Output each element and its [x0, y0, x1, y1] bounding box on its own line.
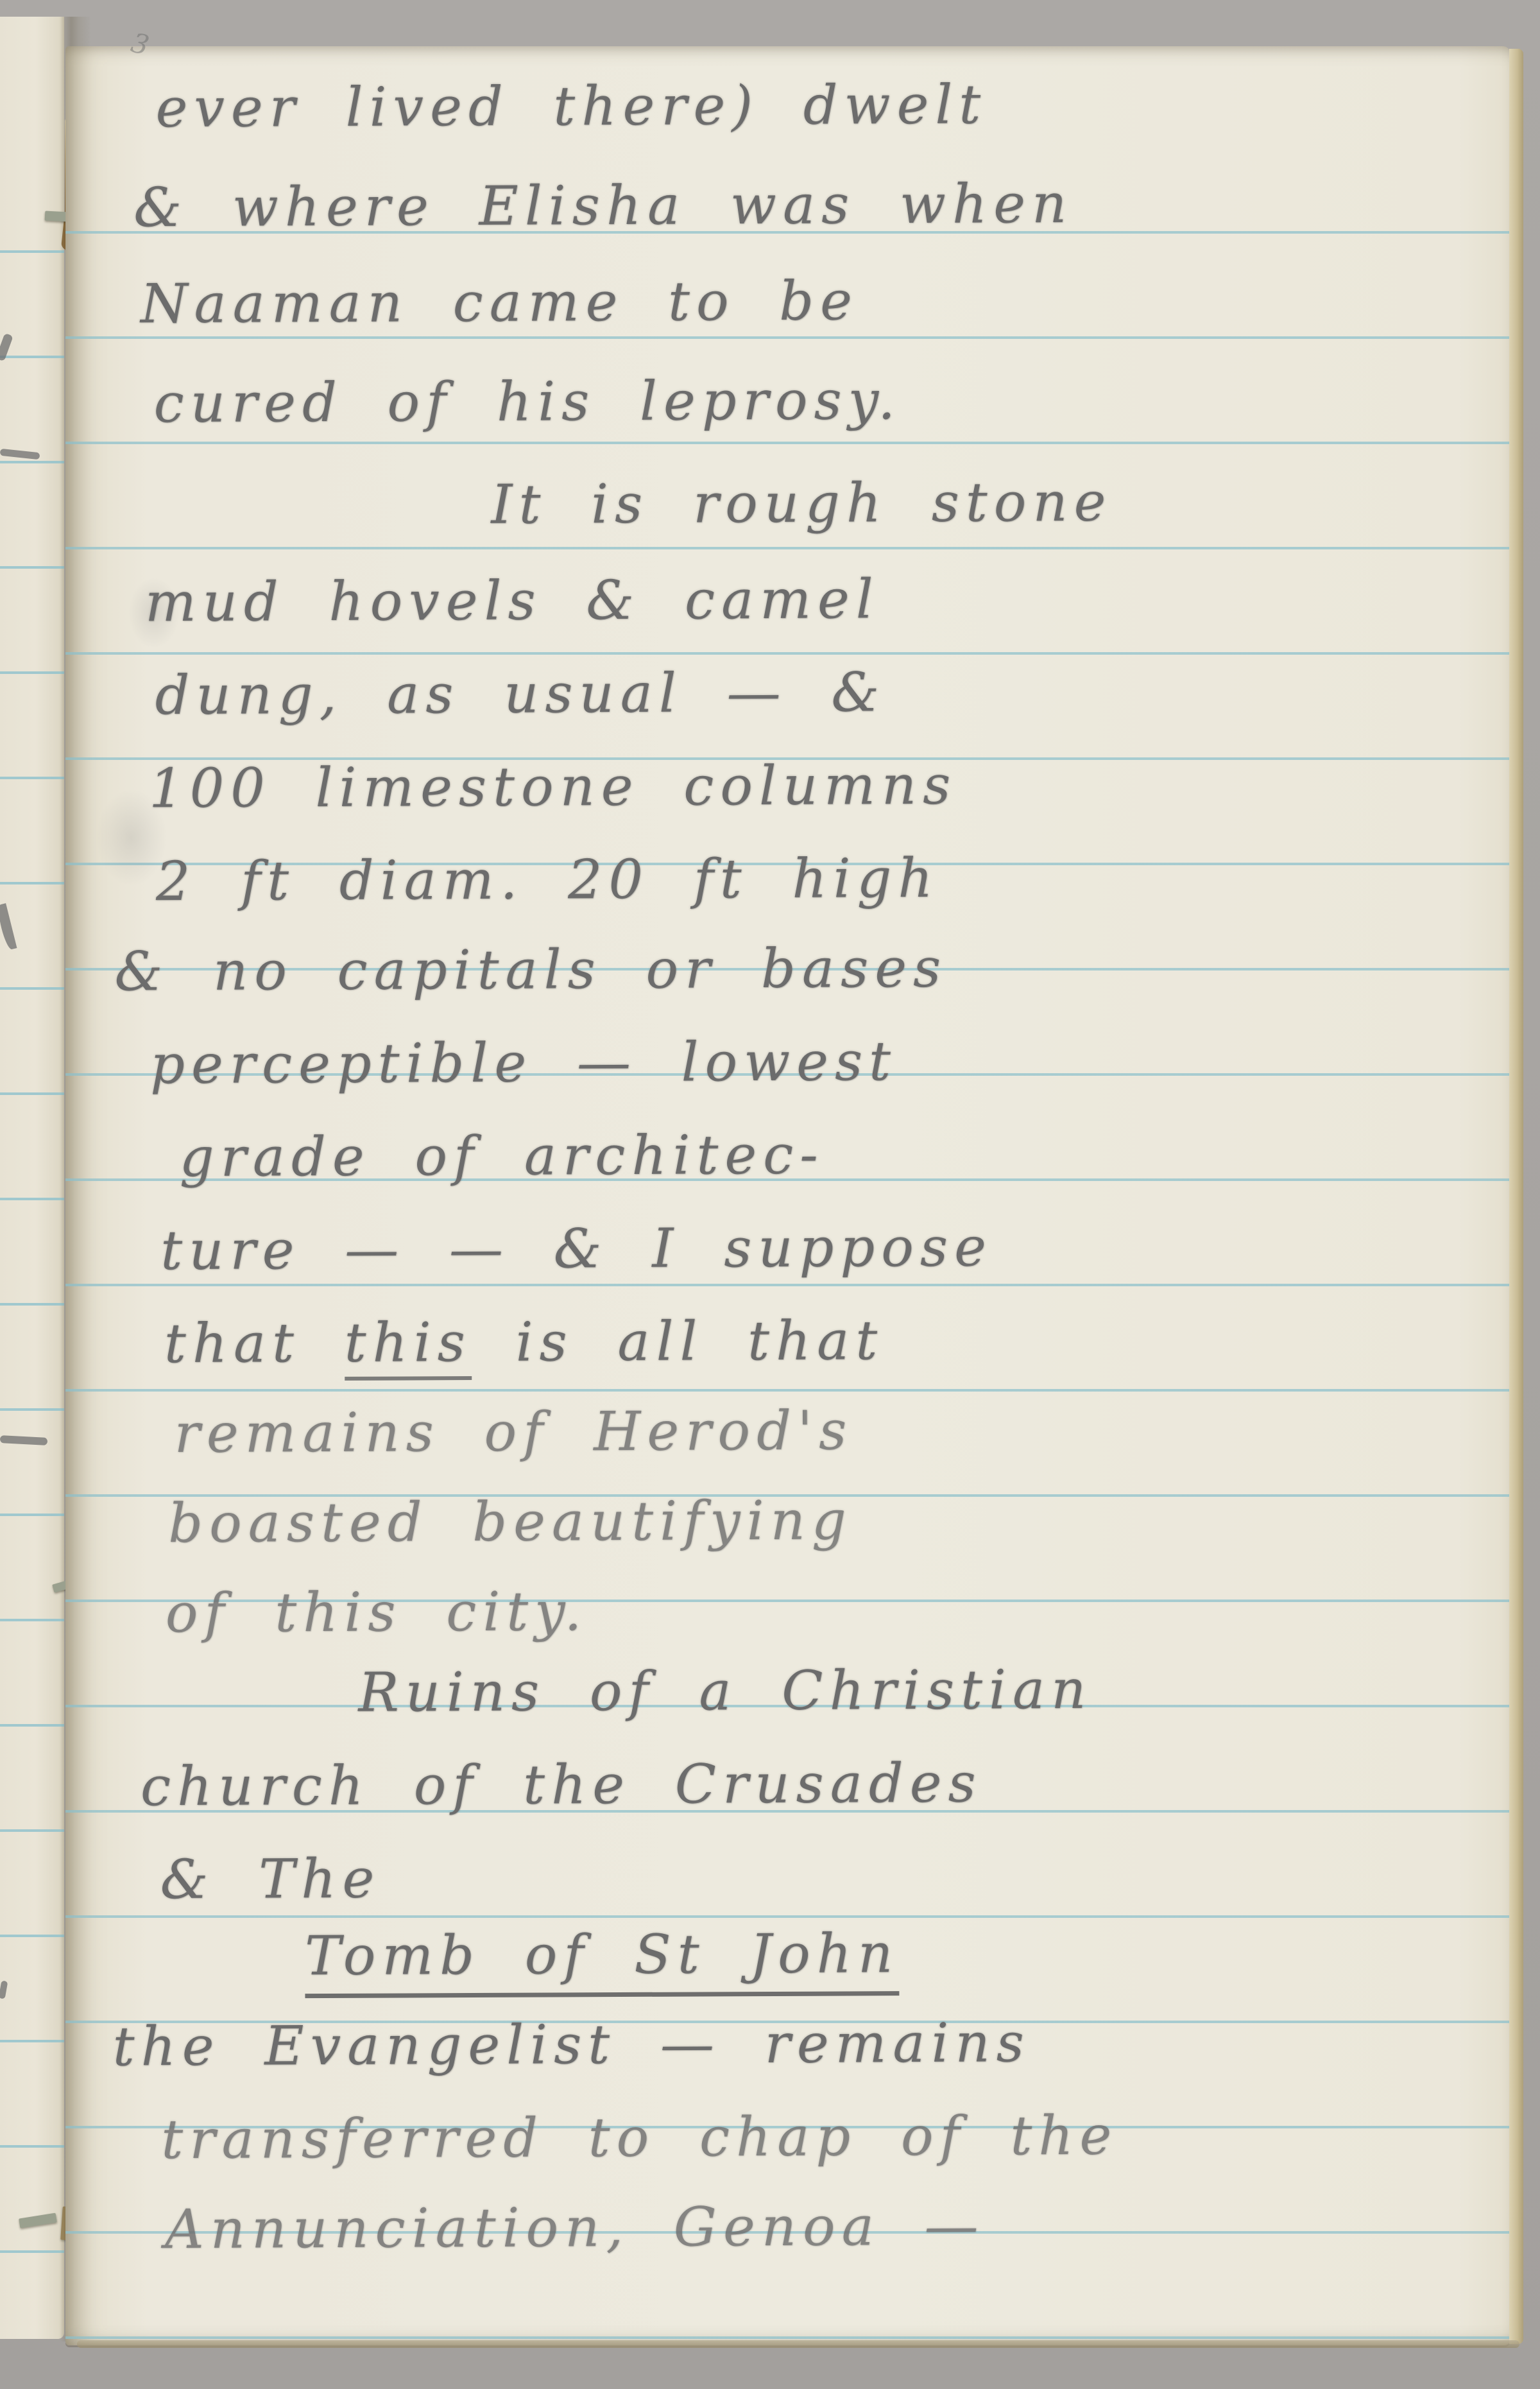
handwriting-line: boasted beautifying	[168, 1492, 853, 1551]
underlined-word: this	[345, 1311, 472, 1381]
handwriting-line: remains of Herod's	[174, 1402, 853, 1462]
handwriting-line: dung, as usual — &	[155, 664, 886, 723]
handwriting-line: of this city.	[166, 1583, 588, 1641]
handwriting-line: & The	[160, 1850, 381, 1908]
handwriting-line: perceptible — lowest	[150, 1033, 897, 1092]
handwriting-word: that	[164, 1311, 345, 1375]
handwriting-word: is all that	[472, 1309, 884, 1374]
handwriting-line: Annunciation, Genoa —	[165, 2198, 985, 2258]
notebook-scan: 3 ever lived there) dwelt & where Elisha…	[0, 0, 1540, 2389]
handwriting-line: the Evangelist — remains	[113, 2014, 1031, 2074]
handwriting-line: that this is all that	[164, 1312, 884, 1372]
handwriting-line: ever lived there) dwelt	[155, 76, 987, 137]
handwriting-line: Naaman came to be	[141, 272, 859, 332]
handwriting-line: grade of architec-	[180, 1126, 825, 1186]
handwriting-line: mud hovels & camel	[145, 571, 880, 630]
handwriting-line: Tomb of St John	[305, 1925, 899, 1984]
handwriting-line: transferred to chap of the	[161, 2107, 1118, 2168]
handwriting-line: & no capitals or bases	[114, 940, 947, 1000]
underlined-heading: Tomb of St John	[305, 1922, 899, 1998]
handwriting-line: & where Elisha was when	[133, 175, 1073, 236]
handwriting-layer: ever lived there) dwelt & where Elisha w…	[0, 0, 1540, 2389]
handwriting-line: It is rough stone	[491, 474, 1112, 533]
handwriting-line: cured of his leprosy.	[153, 372, 902, 431]
handwriting-line: 2 ft diam. 20 ft high	[156, 850, 939, 910]
handwriting-line: 100 limestone columns	[149, 757, 957, 817]
handwriting-line: Ruins of a Christian	[358, 1661, 1092, 1721]
handwriting-line: church of the Crusades	[141, 1755, 982, 1815]
handwriting-line: ture — — & I suppose	[160, 1218, 993, 1279]
